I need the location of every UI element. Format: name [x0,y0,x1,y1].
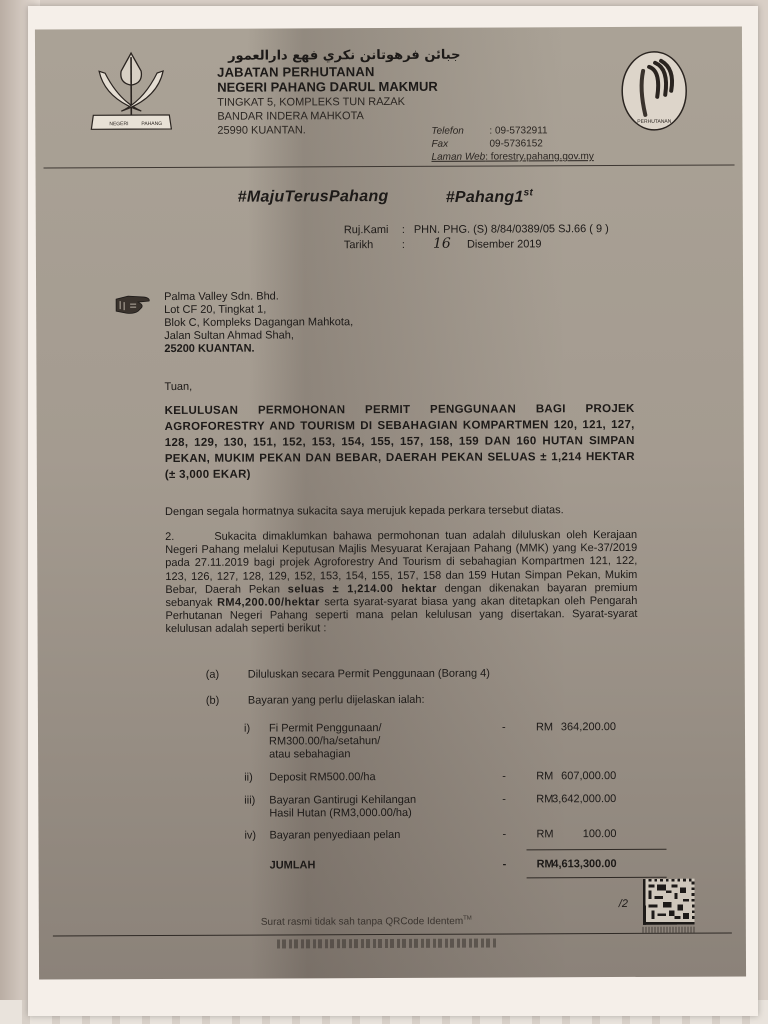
addressee-line: Blok C, Kompleks Dagangan Mahkota, [164,316,353,330]
phone-value: : 09-5732911 [489,125,547,136]
org-name-jawi: جبائن فرهوتانن نكري فهع دارالعمور [228,48,460,64]
reference-number: Ruj.Kami:PHN. PHG. (S) 8/84/0389/05 SJ.6… [344,223,609,236]
addressee-line: Lot CF 20, Tingkat 1, [164,303,353,317]
condition-b-label: (b) [206,695,220,707]
website-link[interactable]: Laman Web: forestry.pahang.gov.my [431,151,593,163]
payment-amount: 3,642,000.00 [552,793,616,806]
fax-label: Fax [431,139,448,150]
payment-row: iii) Bayaran Gantirugi KehilanganHasil H… [244,793,616,795]
page-continuation-marker: /2 [619,898,628,910]
payment-row: i) Fi Permit Penggunaan/RM300.00/ha/seta… [244,721,616,723]
state-crest-icon: NEGERI PAHANG [85,49,177,139]
fax-value: 09-5736152 [489,138,542,149]
footer-note-illegible [277,939,497,949]
org-address-line: 25990 KUANTAN. [217,124,306,136]
org-name-line2: NEGERI PAHANG DARUL MAKMUR [217,79,438,95]
payment-amount: 364,200.00 [561,721,616,734]
letter-date: Tarikh: 16Disember 2019 [344,235,542,252]
footer-divider [53,933,732,937]
subtotal-rule [527,849,667,851]
org-address-line: TINGKAT 5, KOMPLEKS TUN RAZAK [217,96,405,109]
payment-row: ii) Deposit RM500.00/ha - RM 607,000.00 [244,770,616,772]
org-address-line: BANDAR INDERA MAHKOTA [217,110,364,123]
letter-page: NEGERI PAHANG جبائن فرهوتانن نكري فهع دا… [35,26,746,979]
header-divider [44,164,735,168]
org-name-line1: JABATAN PERHUTANAN [217,64,375,80]
payment-row: iv) Bayaran penyediaan pelan - RM 100.00 [244,828,616,830]
total-amount: 4,613,300.00 [552,858,616,871]
payment-amount: 100.00 [583,828,617,841]
tagline-maju-terus-pahang: #MajuTerusPahang [238,188,389,207]
addressee-postcode: 25200 KUANTAN. [164,342,353,356]
addressee-line: Palma Valley Sdn. Bhd. [164,290,353,304]
intro-sentence: Dengan segala hormatnya sukacita saya me… [165,504,564,518]
payment-amount: 607,000.00 [561,770,616,783]
svg-text:NEGERI: NEGERI [109,121,128,127]
condition-b-text: Bayaran yang perlu dijelaskan ialah: [248,694,425,707]
condition-a-text: Diluluskan secara Permit Penggunaan (Bor… [248,668,490,681]
perhutanan-logo-icon: PERHUTANAN [619,49,689,133]
pointing-hand-icon [114,293,152,315]
total-row: JUMLAH - RM 4,613,300.00 [245,858,617,860]
salutation: Tuan, [164,381,192,393]
condition-a-label: (a) [206,669,220,681]
paragraph-2: 2.Sukacita dimaklumkan bahawa permohonan… [165,529,637,637]
phone-label: Telefon [431,126,463,137]
svg-text:PAHANG: PAHANG [141,121,162,127]
qr-code-icon [642,879,696,925]
addressee-block: Palma Valley Sdn. Bhd. Lot CF 20, Tingka… [164,290,353,356]
svg-text:PERHUTANAN: PERHUTANAN [637,119,671,125]
qr-validity-note: Surat rasmi tidak sah tanpa QRCode Ident… [261,916,472,928]
tagline-pahang-1st: #Pahang1st [446,187,534,207]
letter-subject: KELULUSAN PERMOHONAN PERMIT PENGGUNAAN B… [165,401,635,483]
addressee-line: Jalan Sultan Ahmad Shah, [164,329,353,343]
